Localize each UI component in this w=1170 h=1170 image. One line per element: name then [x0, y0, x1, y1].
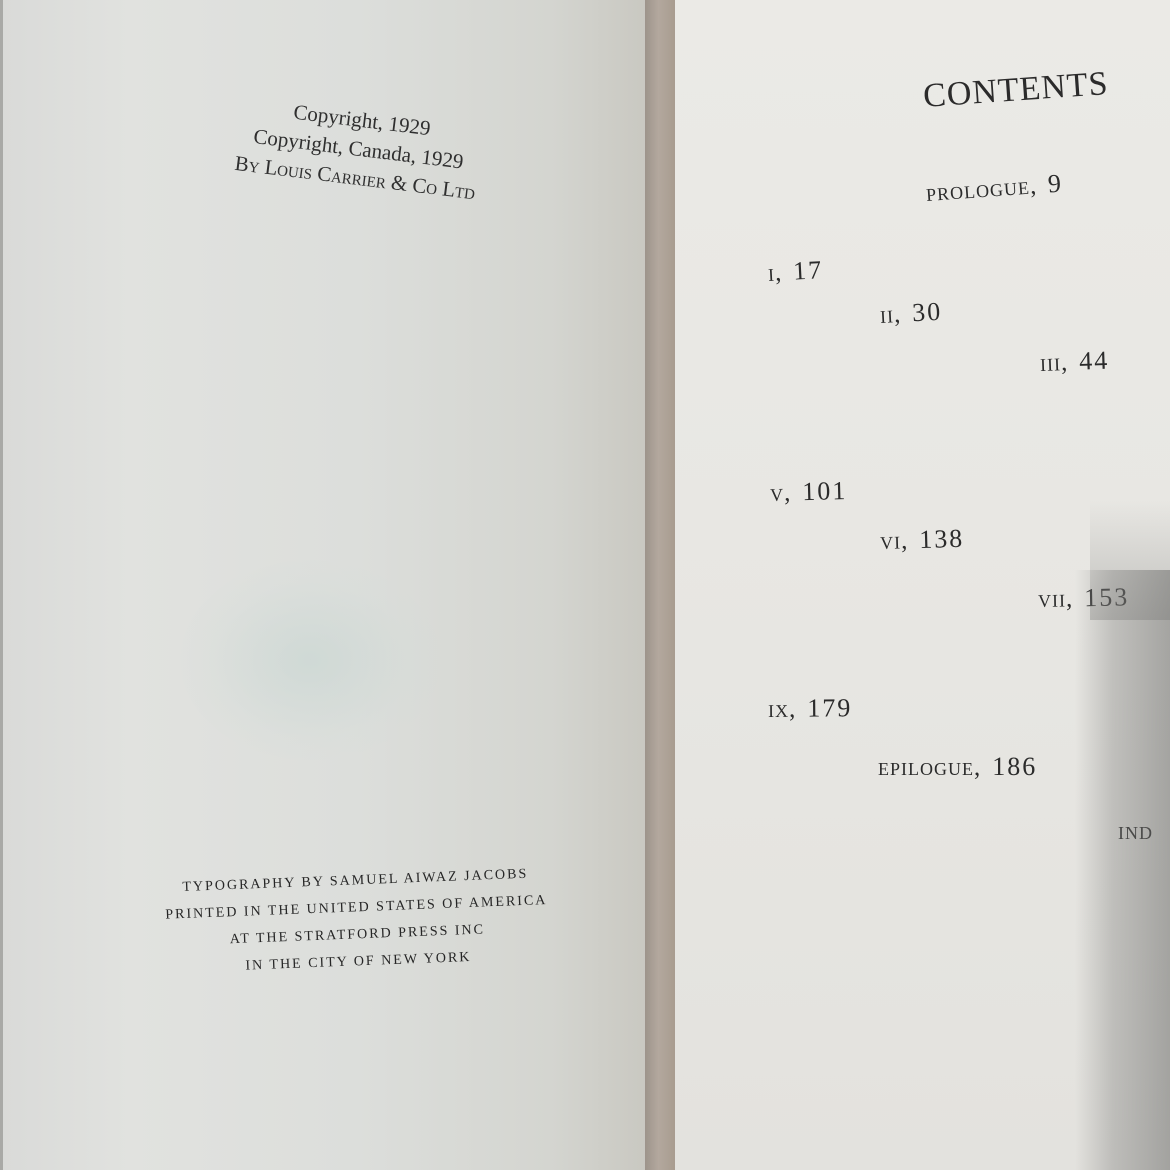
toc-page: 186 [992, 752, 1037, 781]
toc-entry-i: I,17 [767, 255, 824, 288]
toc-page: 138 [919, 524, 965, 554]
toc-entry-ix: IX,179 [768, 693, 853, 724]
toc-entry-v: V,101 [770, 476, 848, 508]
toc-entry-vi: VI,138 [880, 524, 965, 556]
toc-entry-iii: III,44 [1039, 346, 1109, 378]
toc-page: 179 [807, 693, 852, 722]
open-book-photo: Copyright, 1929 Copyright, Canada, 1929 … [0, 0, 1170, 1170]
toc-entry-epilogue: EPILOGUE,186 [878, 752, 1037, 782]
toc-entry-ii: II,30 [879, 297, 943, 330]
toc-label: EPILOGUE [878, 754, 974, 781]
toc-label: IX [768, 696, 789, 723]
copyright-notice: Copyright, 1929 Copyright, Canada, 1929 … [189, 86, 527, 213]
toc-page: 101 [802, 476, 848, 506]
toc-label: V [770, 480, 785, 507]
colophon: TYPOGRAPHY BY SAMUEL AIWAZ JACOBS PRINTE… [130, 859, 584, 984]
toc-label: II [879, 301, 894, 329]
toc-label: VII [1038, 586, 1066, 613]
toc-label: VI [880, 527, 902, 555]
toc-page: 9 [1047, 168, 1064, 198]
toc-label: III [1040, 349, 1062, 377]
toc-page: 44 [1079, 346, 1110, 376]
left-page: Copyright, 1929 Copyright, Canada, 1929 … [0, 0, 648, 1170]
toc-page: 30 [911, 297, 942, 328]
toc-page: 17 [792, 255, 823, 286]
book-gutter [645, 0, 675, 1170]
hand-shadow [1075, 570, 1170, 1170]
page-stain [180, 560, 440, 760]
